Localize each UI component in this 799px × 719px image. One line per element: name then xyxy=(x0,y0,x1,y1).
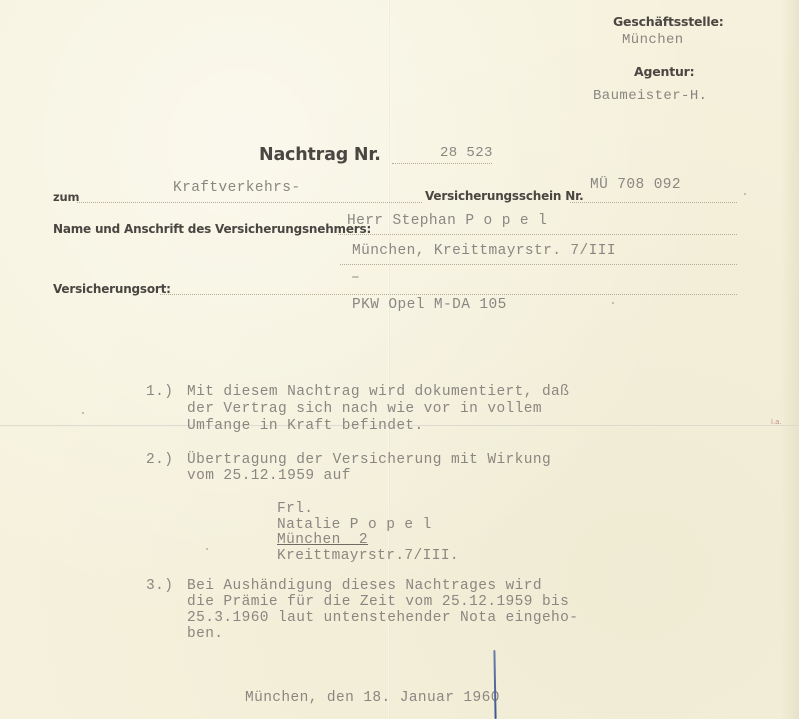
clause-3-line-4: ben. xyxy=(187,626,223,642)
vehicle-value: PKW Opel M-DA 105 xyxy=(352,297,507,313)
location-label: Versicherungsort: xyxy=(53,282,171,296)
policy-label: Versicherungsschein Nr. xyxy=(425,189,583,203)
location-value: – xyxy=(351,270,360,286)
clause-2-line-2: vom 25.12.1959 auf xyxy=(187,468,351,484)
clause-3-line-1: Bei Aushändigung dieses Nachtrages wird xyxy=(187,578,542,594)
clause-1-line-3: Umfange in Kraft befindet. xyxy=(187,418,424,434)
policy-number: MÜ 708 092 xyxy=(590,177,681,193)
transferee-street: Kreittmayrstr.7/III. xyxy=(277,548,459,564)
clause-3-number: 3.) xyxy=(146,578,173,594)
paper-speck xyxy=(206,548,208,550)
transferee-city: München 2 xyxy=(277,532,368,548)
location-leader xyxy=(160,294,737,295)
holder-label: Name und Anschrift des Versicherungsnehm… xyxy=(53,222,371,236)
holder-leader-2 xyxy=(340,264,737,265)
clause-1-number: 1.) xyxy=(146,384,173,400)
zum-label: zum xyxy=(53,190,79,204)
stamp-fragment: i.a. xyxy=(771,418,782,426)
holder-leader-1 xyxy=(338,234,737,235)
zum-leader xyxy=(77,202,422,203)
transferee-name: Natalie P o p e l xyxy=(277,517,432,533)
document-title: Nachtrag Nr. xyxy=(259,145,381,165)
zum-value: Kraftverkehrs- xyxy=(173,180,300,196)
office-value: München xyxy=(622,32,684,48)
clause-2-number: 2.) xyxy=(146,452,173,468)
paper-edge-shadow xyxy=(781,0,799,719)
place-date: München, den 18. Januar 1960 xyxy=(245,690,500,706)
clause-1-line-1: Mit diesem Nachtrag wird dokumentiert, d… xyxy=(187,384,569,400)
policy-leader xyxy=(570,202,737,203)
paper-speck xyxy=(82,412,84,414)
clause-1-line-2: der Vertrag sich nach wie vor in vollem xyxy=(187,401,542,417)
title-leader xyxy=(392,163,492,164)
holder-address: München, Kreittmayrstr. 7/III xyxy=(352,243,616,259)
transferee-title: Frl. xyxy=(277,501,313,517)
office-label: Geschäftsstelle: xyxy=(613,14,724,29)
clause-3-line-2: die Prämie für die Zeit vom 25.12.1959 b… xyxy=(187,594,569,610)
agency-value: Baumeister-H. xyxy=(593,88,707,104)
clause-2-line-1: Übertragung der Versicherung mit Wirkung xyxy=(187,452,551,468)
agency-label: Agentur: xyxy=(634,64,694,79)
paper-speck xyxy=(744,193,746,195)
holder-name: Herr Stephan P o p e l xyxy=(347,213,547,229)
paper-speck xyxy=(612,302,614,304)
clause-3-line-3: 25.3.1960 laut untenstehender Nota einge… xyxy=(187,610,578,626)
nachtrag-number: 28 523 xyxy=(440,145,493,161)
